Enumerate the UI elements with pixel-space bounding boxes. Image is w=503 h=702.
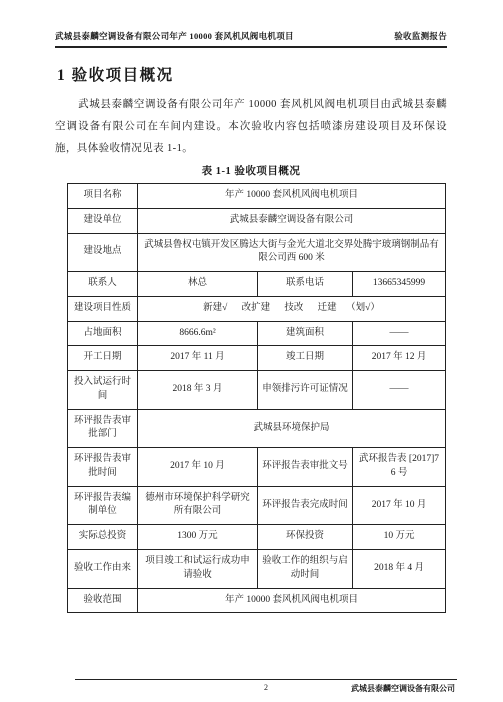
table-cell-value: 2017 年 11 月 <box>138 346 258 371</box>
table-cell-value: 年产 10000 套风机风阀电机项目 <box>138 184 446 209</box>
table-row: 投入试运行时间2018 年 3 月申领排污许可证情况—— <box>68 371 446 410</box>
table-cell-label: 申领排污许可证情况 <box>258 371 353 410</box>
table-cell-value: 新建√ 改扩建 技改 迁建 （划√） <box>138 296 446 321</box>
header-report-type: 验收监测报告 <box>394 30 447 42</box>
table-cell-label: 联系电话 <box>258 272 353 297</box>
table-row: 环评报告表审批时间2017 年 10 月环评报告表审批文号武环报告表 [2017… <box>68 448 446 487</box>
table-cell-value: —— <box>353 321 446 346</box>
table-cell-label: 验收工作由来 <box>68 550 138 589</box>
table-cell-label: 项目名称 <box>68 184 138 209</box>
table-cell-value: 武城县环境保护局 <box>138 409 446 448</box>
table-cell-label: 建筑面积 <box>258 321 353 346</box>
table-row: 验收范围年产 10000 套风机风阀电机项目 <box>68 588 446 613</box>
table-cell-label: 环评报告表审批部门 <box>68 409 138 448</box>
document-page: 武城县泰麟空调设备有限公司年产 10000 套风机风阀电机项目 验收监测报告 1… <box>0 0 503 702</box>
table-row: 建设地点武城县鲁权屯镇开发区腾达大街与金光大道北交界处腾宇玻璃钢制品有限公司西 … <box>68 233 446 272</box>
table-cell-label: 开工日期 <box>68 346 138 371</box>
footer-company: 武城县泰麟空调设备有限公司 <box>351 683 455 694</box>
table-cell-label: 环评报告表审批文号 <box>258 448 353 487</box>
table-cell-value: 项目竣工和试运行成功申请验收 <box>138 550 258 589</box>
table-cell-label: 投入试运行时间 <box>68 371 138 410</box>
table-cell-value: —— <box>353 371 446 410</box>
table-row: 联系人林总联系电话13665345999 <box>68 272 446 297</box>
table-cell-value: 2017 年 12 月 <box>353 346 446 371</box>
table-cell-value: 林总 <box>138 272 258 297</box>
table-row: 项目名称年产 10000 套风机风阀电机项目 <box>68 184 446 209</box>
table-cell-label: 占地面积 <box>68 321 138 346</box>
table-cell-value: 2018 年 3 月 <box>138 371 258 410</box>
table-cell-label: 竣工日期 <box>258 346 353 371</box>
table-cell-value: 武环报告表 [2017]76 号 <box>353 448 446 487</box>
table-body: 项目名称年产 10000 套风机风阀电机项目建设单位武城县泰麟空调设备有限公司建… <box>68 184 446 613</box>
overview-table: 项目名称年产 10000 套风机风阀电机项目建设单位武城县泰麟空调设备有限公司建… <box>67 183 446 613</box>
table-cell-label: 实际总投资 <box>68 525 138 550</box>
intro-paragraph: 武城县泰麟空调设备有限公司年产 10000 套风机风阀电机项目由武城县泰麟空调设… <box>55 94 447 160</box>
table-row: 建设单位武城县泰麟空调设备有限公司 <box>68 208 446 233</box>
table-row: 环评报告表编制单位德州市环境保护科学研究所有限公司环评报告表完成时间2017 年… <box>68 486 446 525</box>
table-cell-value: 13665345999 <box>353 272 446 297</box>
table-row: 建设项目性质新建√ 改扩建 技改 迁建 （划√） <box>68 296 446 321</box>
table-cell-value: 2017 年 10 月 <box>353 486 446 525</box>
table-cell-value: 年产 10000 套风机风阀电机项目 <box>138 588 446 613</box>
section-heading: 1 验收项目概况 <box>57 63 447 85</box>
table-row: 占地面积8666.6m²建筑面积—— <box>68 321 446 346</box>
table-cell-value: 2018 年 4 月 <box>353 550 446 589</box>
table-row: 环评报告表审批部门武城县环境保护局 <box>68 409 446 448</box>
table-cell-label: 联系人 <box>68 272 138 297</box>
table-cell-label: 建设地点 <box>68 233 138 272</box>
table-cell-value: 10 万元 <box>353 525 446 550</box>
table-caption: 表 1-1 验收项目概况 <box>55 163 447 178</box>
table-cell-label: 验收工作的组织与启动时间 <box>258 550 353 589</box>
table-cell-label: 验收范围 <box>68 588 138 613</box>
table-row: 实际总投资1300 万元环保投资10 万元 <box>68 525 446 550</box>
page-header: 武城县泰麟空调设备有限公司年产 10000 套风机风阀电机项目 验收监测报告 <box>55 30 447 48</box>
table-cell-value: 8666.6m² <box>138 321 258 346</box>
table-cell-label: 建设单位 <box>68 208 138 233</box>
table-cell-value: 1300 万元 <box>138 525 258 550</box>
table-cell-value: 2017 年 10 月 <box>138 448 258 487</box>
table-row: 验收工作由来项目竣工和试运行成功申请验收验收工作的组织与启动时间2018 年 4… <box>68 550 446 589</box>
page-footer: 2 武城县泰麟空调设备有限公司 <box>75 679 457 696</box>
table-cell-value: 德州市环境保护科学研究所有限公司 <box>138 486 258 525</box>
table-cell-label: 建设项目性质 <box>68 296 138 321</box>
table-cell-label: 环保投资 <box>258 525 353 550</box>
table-cell-label: 环评报告表完成时间 <box>258 486 353 525</box>
table-cell-value: 武城县泰麟空调设备有限公司 <box>138 208 446 233</box>
header-project-title: 武城县泰麟空调设备有限公司年产 10000 套风机风阀电机项目 <box>55 30 294 42</box>
table-cell-value: 武城县鲁权屯镇开发区腾达大街与金光大道北交界处腾宇玻璃钢制品有限公司西 600 … <box>138 233 446 272</box>
table-cell-label: 环评报告表审批时间 <box>68 448 138 487</box>
table-cell-label: 环评报告表编制单位 <box>68 486 138 525</box>
table-row: 开工日期2017 年 11 月竣工日期2017 年 12 月 <box>68 346 446 371</box>
